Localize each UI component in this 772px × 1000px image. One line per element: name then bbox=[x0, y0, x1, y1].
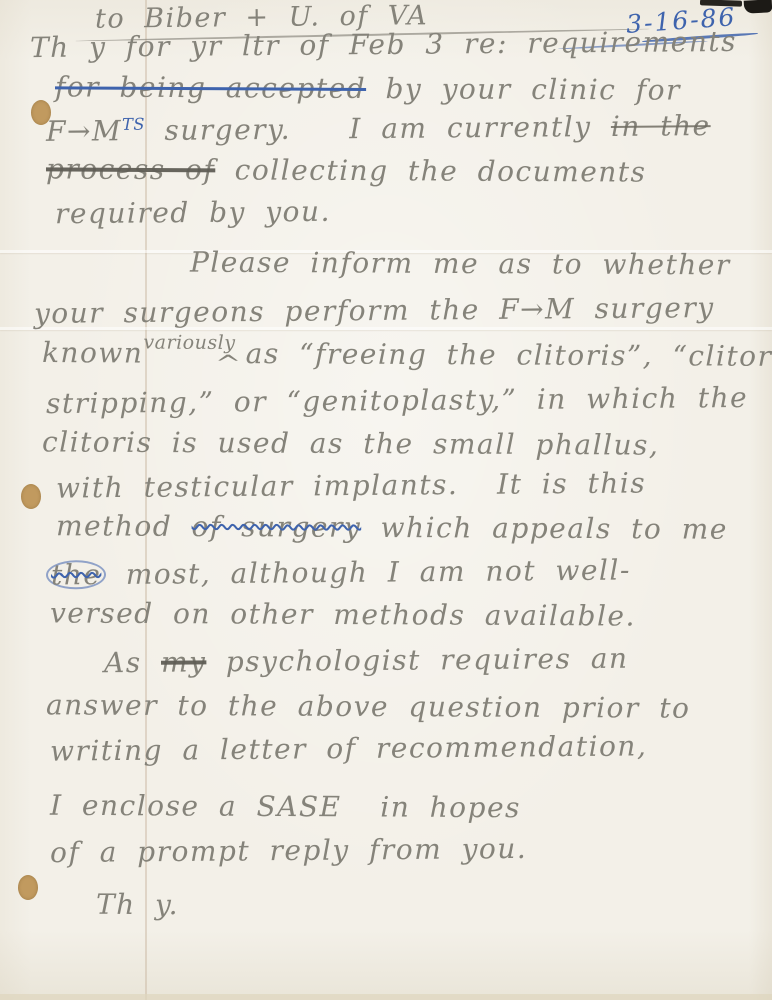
scan-mark bbox=[744, 0, 772, 14]
text-segment: required by you. bbox=[55, 195, 331, 230]
text-segment: most, although I am not well- bbox=[106, 553, 631, 591]
text-segment: with testicular implants. It is this bbox=[56, 466, 646, 504]
text-segment: F→M bbox=[46, 114, 122, 148]
superscript-insertion: TS bbox=[122, 115, 145, 134]
handwriting-line: As my psychologist requires an bbox=[104, 642, 629, 680]
handwriting-line: versed on other methods available. bbox=[50, 596, 636, 632]
handwriting-line: of a prompt reply from you. bbox=[50, 832, 528, 869]
handwriting-line: process of collecting the documents bbox=[46, 152, 647, 188]
text-segment: your surgeons perform the F→M surgery bbox=[34, 291, 715, 330]
handwriting-line: knownvariously^as “freeing the clitoris”… bbox=[42, 336, 772, 373]
text-segment: of a prompt reply from you. bbox=[50, 832, 528, 869]
text-segment: versed on other methods available. bbox=[50, 596, 636, 632]
text-segment: answer to the above question prior to bbox=[46, 688, 691, 724]
paper-bottom-edge-shadow bbox=[0, 994, 772, 1000]
handwriting-line: Th y for yr ltr of Feb 3 re: requirement… bbox=[30, 25, 737, 64]
handwriting-line: F→MTS surgery. I am currently in the bbox=[46, 109, 711, 148]
text-segment: As bbox=[104, 646, 161, 679]
struck-text-pencil: process of bbox=[46, 152, 215, 186]
binder-dot bbox=[21, 484, 41, 509]
handwriting-line: required by you. bbox=[55, 195, 331, 230]
text-segment: psychologist requires an bbox=[206, 642, 628, 679]
handwriting-line: clitoris is used as the small phallus, bbox=[42, 425, 660, 461]
text-segment: by your clinic for bbox=[366, 72, 681, 107]
struck-text-pencil: my bbox=[161, 645, 207, 678]
text-segment: I enclose a SASE in hopes bbox=[50, 789, 521, 824]
handwriting-line: the most, although I am not well- bbox=[46, 553, 631, 591]
text-segment: collecting the documents bbox=[215, 153, 646, 188]
handwriting-line: answer to the above question prior to bbox=[46, 688, 691, 724]
scribbled-out-word: the bbox=[46, 560, 107, 590]
struck-text-pencil: in the bbox=[611, 109, 711, 143]
handwriting-line: with testicular implants. It is this bbox=[56, 466, 646, 504]
text-segment: method bbox=[56, 509, 192, 543]
text-segment: as “freeing the clitoris”, “clitoral bbox=[246, 337, 772, 373]
caret-mark: ^ bbox=[215, 351, 244, 377]
handwriting-line: for being accepted by your clinic for bbox=[55, 70, 681, 106]
text-segment: writing a letter of recommendation, bbox=[50, 729, 648, 767]
binder-dot bbox=[18, 875, 38, 900]
text-segment: surgery. I am currently bbox=[145, 110, 611, 147]
text-segment: Please inform me as to whether bbox=[190, 246, 731, 282]
text-segment: known bbox=[42, 336, 144, 370]
handwriting-line: Please inform me as to whether bbox=[190, 246, 731, 282]
text-segment: which appeals to me bbox=[361, 511, 728, 546]
handwriting-line: writing a letter of recommendation, bbox=[50, 729, 648, 767]
handwriting-line: your surgeons perform the F→M surgery bbox=[34, 291, 715, 330]
handwriting-line: stripping,” or “genitoplasty,” in which … bbox=[46, 381, 748, 420]
struck-text-blue: of surgery bbox=[192, 510, 362, 544]
text-segment: Th y for yr ltr of Feb 3 re: requirement… bbox=[30, 25, 737, 64]
handwriting-line: Th y. bbox=[96, 888, 179, 921]
struck-text-blue: for being accepted bbox=[55, 70, 366, 105]
text-segment: clitoris is used as the small phallus, bbox=[42, 425, 660, 461]
handwriting-line: method of surgery which appeals to me bbox=[56, 509, 728, 546]
text-segment: stripping,” or “genitoplasty,” in which … bbox=[46, 381, 748, 420]
handwriting-line: I enclose a SASE in hopes bbox=[50, 789, 521, 824]
text-segment: Th y. bbox=[96, 888, 179, 921]
